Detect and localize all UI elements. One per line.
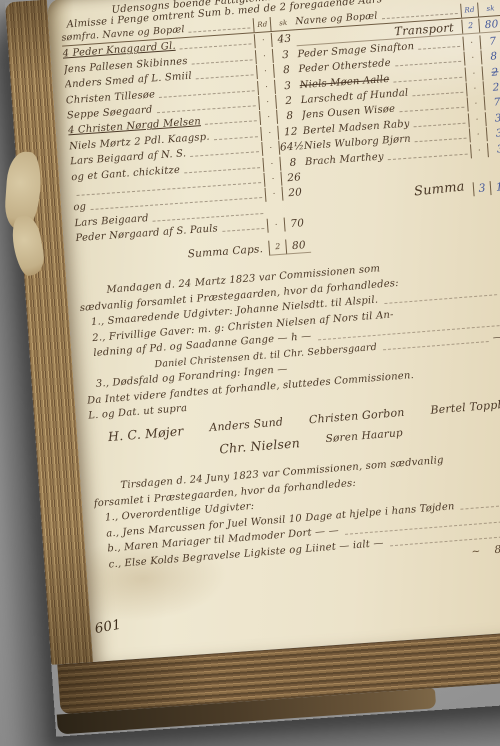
amount-rd: · [265,187,283,202]
book-body: 1823 Aar. Udensogns boende Fattiglemmer … [5,0,500,665]
sk-column-header: sk [477,1,500,17]
amount-rd: · [263,156,281,171]
ledger-left-table: sømfra. Navne og Bopæl Rd sk 4 Peder Kna… [61,14,311,269]
summa-sk: 19 [490,179,500,195]
dash-leader [388,153,468,160]
amount-sk: 8 [280,154,306,170]
amount-sk: 70 [284,216,310,232]
dash-leader [414,122,466,127]
dash-leader [189,27,251,32]
dash-leader [205,121,257,126]
amount-rd: · [254,33,272,48]
signature: Chr. Nielsen [219,435,301,456]
amount-rd: · [468,112,486,127]
amount-rd: · [255,49,273,64]
dash-leader [196,74,254,79]
sum-flourish: ∼ [471,545,481,558]
dash-leader [418,46,460,50]
summa-rd: 3 [473,181,491,196]
dash-leader [413,92,464,97]
amount-rd: · [260,126,278,141]
amount-sk: 2 [275,93,301,109]
amount-rd: · [257,79,275,94]
rd-column-header: Rd [253,17,271,32]
amount-sk: 20 [282,185,308,201]
amount-sk: 12 [277,124,303,140]
minutes-june-entry: Tirsdagen d. 24 Juny 1823 var Commission… [92,446,500,587]
amount-sk: 64½ [279,139,305,155]
signature: Christen Gorbon [308,406,405,428]
amount-sk: 8 [276,108,302,124]
amount-sk: 3 [272,47,298,63]
ledger-page: 1823 Aar. Udensogns boende Fattiglemmer … [47,0,500,662]
amount-sk: 7 [479,34,500,50]
amount-rd: · [259,110,277,125]
amount-sk: 3 [486,126,500,142]
amount-rd: · [465,66,483,81]
dash-leader [192,59,253,64]
amount-sk: 8 [273,62,299,78]
amount-rd: · [258,95,276,110]
amount-rd: · [462,35,480,50]
amount-sk: 26 [281,170,307,186]
sk-column-header: sk [270,15,296,31]
summa-sk: 80 [285,238,311,255]
amount-sk: 2 [482,64,500,80]
summa-rd: 2 [269,240,287,256]
amount-rd: · [466,81,484,96]
amount-rd: · [264,172,282,187]
transport-sk: 80 [478,17,500,33]
ledger-tables: sømfra. Navne og Bopæl Rd sk 4 Peder Kna… [61,0,500,270]
amount-sk: 43 [271,32,297,48]
summa-label: Summa Caps. [77,242,270,269]
amount-sk: 8 [480,49,500,65]
amount-rd: · [470,143,488,158]
summa-label: Summa [307,179,473,210]
signature: Anders Sund [209,415,284,436]
dash-leader [222,228,265,232]
page-number: 601 [94,617,123,637]
ledger-right-table: Navne og Bopæl Rd sk Transport 2 80 Pede… [295,0,500,253]
amount-rd: · [467,97,485,112]
amount-sk: 2 [483,80,500,96]
signature: Bertel Toppb. [430,398,500,419]
dash-leader [214,136,258,140]
amount-rd: · [464,51,482,66]
transport-rd: 2 [461,19,479,34]
amount-sk: 3 [274,78,300,94]
left-table-rows: 4 Peder Knaggard Gl.·43Jens Pallesen Ski… [62,30,310,246]
ledger-book: 1823 Aar. Udensogns boende Fattiglemmer … [5,0,500,737]
amount-rd: · [267,218,285,233]
rd-column-header: Rd [460,3,478,18]
dash-leader [382,13,458,19]
minutes-march-entry: Mandagen d. 24 Martz 1823 var Commission… [78,251,500,467]
signature: Søren Haarup [325,427,403,448]
right-table-rows: Peder Smage Sinafton·7Peder Otherstede·8… [297,32,500,169]
amount-rd: · [469,127,487,142]
dash-leader [415,138,467,143]
minutes-amount: — 2 — [492,328,500,346]
amount-rd: · [256,64,274,79]
june-sum: 8-3- [494,542,500,556]
amount-rd: · [262,141,280,156]
amount-sk: 7 [484,95,500,111]
amount-sk: 3 [487,141,500,157]
amount-sk: 3 [485,110,500,126]
entry-name: og [73,201,87,216]
signature: H. C. Møjer [107,423,184,444]
right-summa-row: Summa 3 19 [307,171,500,207]
dash-leader [461,504,500,509]
photograph-background: 1823 Aar. Udensogns boende Fattiglemmer … [0,0,500,746]
